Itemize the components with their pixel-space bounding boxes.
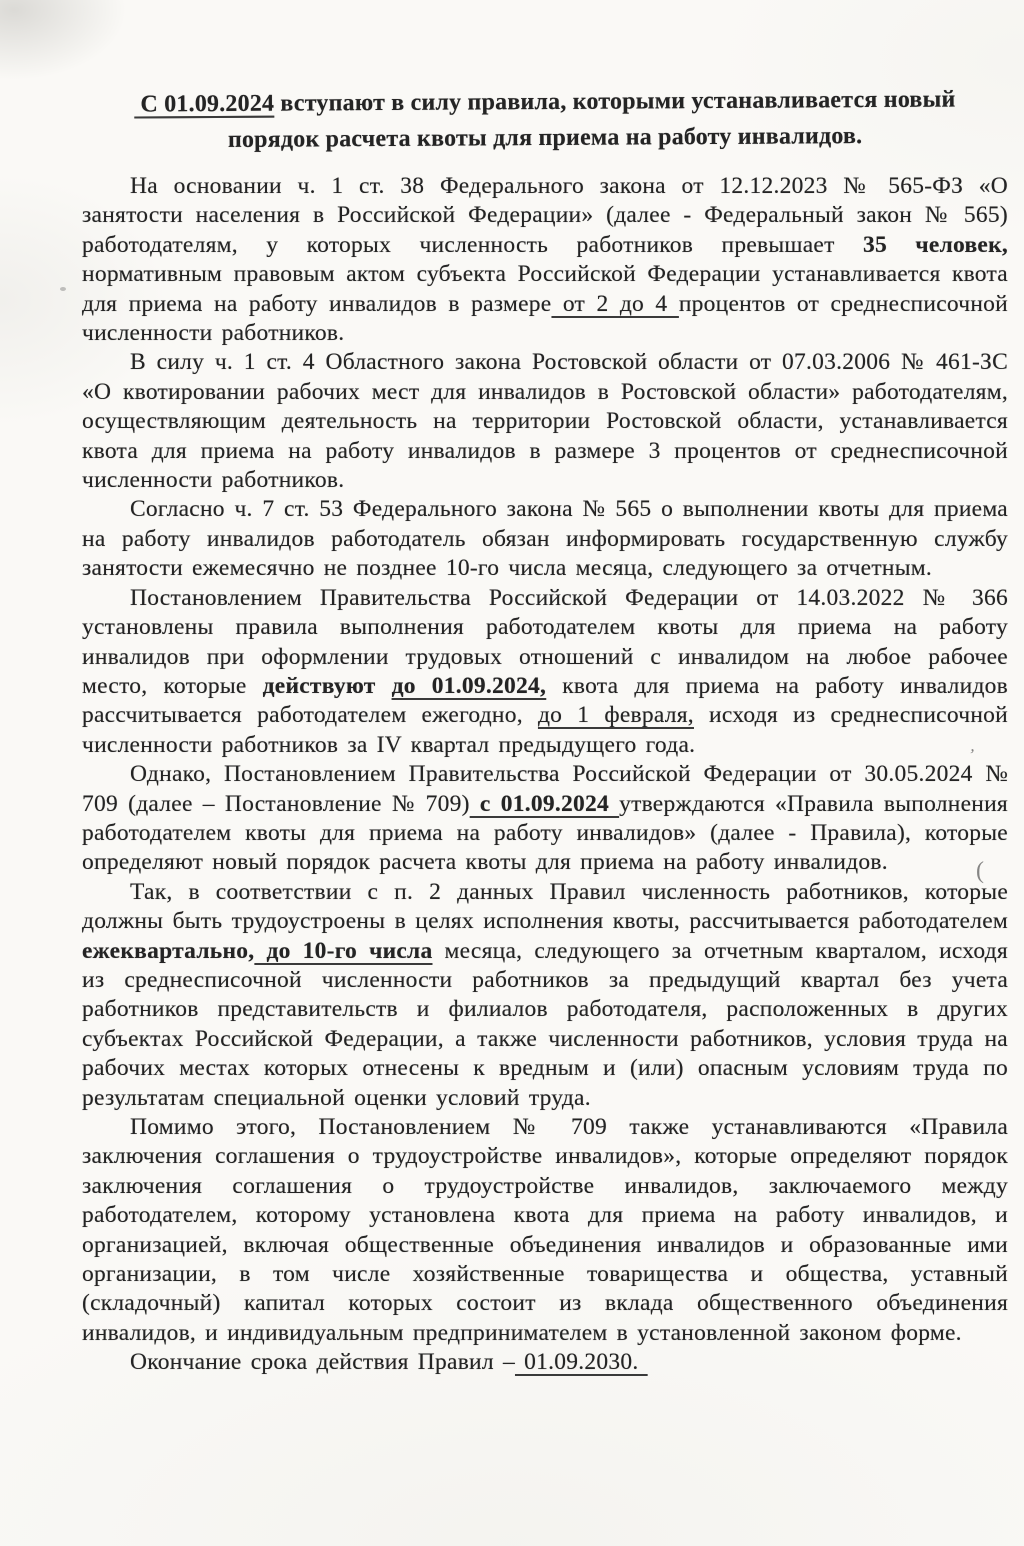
paragraph: Помимо этого, Постановлением № 709 также… [82, 1113, 1008, 1348]
text-segment-bu: С 01.09.2024 [134, 91, 274, 118]
scan-artifact-paren: ( [976, 858, 984, 885]
title-line: С 01.09.2024 вступают в силу правила, ко… [82, 81, 1008, 123]
text-segment-bu: с 01.09.2024 [470, 791, 619, 817]
title-line: порядок расчета квоты для приема на рабо… [82, 117, 1008, 159]
paragraph: Однако, Постановлением Правительства Рос… [82, 760, 1008, 878]
paragraph: Так, в соответствии с п. 2 данных Правил… [82, 878, 1008, 1113]
text-segment-u: 01.09.2030. [515, 1349, 648, 1375]
text-segment: Согласно ч. 7 ст. 53 Федерального закона… [82, 496, 1008, 581]
text-segment-u: до 1 февраля, [538, 702, 694, 728]
text-segment: В силу ч. 1 ст. 4 Областного закона Рост… [82, 349, 1008, 493]
paragraph: Окончание срока действия Правил – 01.09.… [82, 1348, 1008, 1377]
scan-speck [60, 287, 66, 291]
text-segment-b: ежеквартально, [82, 938, 254, 964]
text-segment-b: порядок расчета квоты для приема на рабо… [228, 123, 863, 153]
text-segment-bu: до 10-го числа [254, 938, 432, 964]
document-body: На основании ч. 1 ст. 38 Федерального за… [82, 172, 1008, 1378]
paragraph: В силу ч. 1 ст. 4 Областного закона Рост… [82, 348, 1008, 495]
text-segment: Так, в соответствии с п. 2 данных Правил… [82, 879, 1008, 934]
document-content: С 01.09.2024 вступают в силу правила, ко… [82, 84, 1008, 1378]
text-segment-b: 35 человек, [863, 232, 1008, 258]
text-segment: Помимо этого, Постановлением № 709 также… [82, 1114, 1008, 1346]
text-segment-bu: до 01.09.2024, [392, 673, 547, 699]
paragraph: Согласно ч. 7 ст. 53 Федерального закона… [82, 495, 1008, 583]
paragraph: Постановлением Правительства Российской … [82, 584, 1008, 760]
text-segment-u: от 2 до 4 [551, 291, 678, 317]
scanned-document-page: С 01.09.2024 вступают в силу правила, ко… [0, 0, 1024, 1546]
text-segment: Окончание срока действия Правил – [130, 1349, 515, 1375]
paragraph: На основании ч. 1 ст. 38 Федерального за… [82, 172, 1008, 348]
text-segment-b: вступают в силу правила, которыми устана… [274, 86, 955, 116]
text-segment-b: действуют [263, 673, 392, 699]
document-title: С 01.09.2024 вступают в силу правила, ко… [82, 81, 1008, 159]
